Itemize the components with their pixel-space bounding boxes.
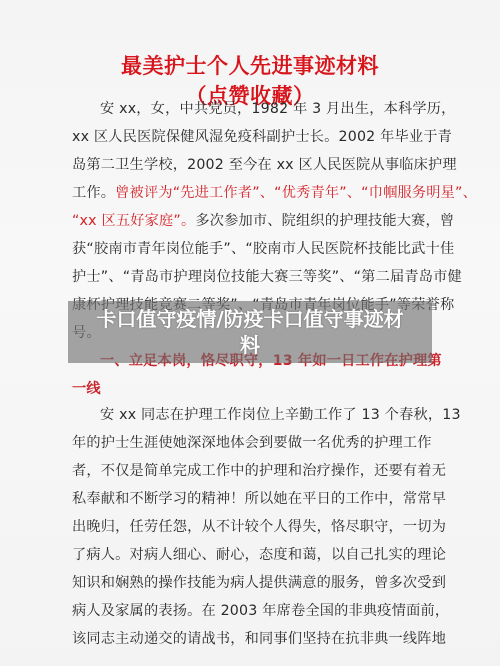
body-line: 安 xx 同志在护理工作岗位上辛勤工作了 13 个春秋，13 — [100, 405, 462, 425]
caption-text: 卡口值守疫情/防疫卡口值守事迹材 料 — [68, 306, 432, 358]
section-heading-cont: 一线 — [72, 379, 434, 399]
text-normal: 工作。 — [72, 185, 115, 201]
body-line: 私奉献和不断学习的精神！所以她在平日的工作中，常常早 — [72, 489, 434, 509]
body-line: 该同志主动递交的请战书，和同事们坚持在抗非典一线阵地 — [72, 629, 434, 649]
body-line: 年的护士生涯使她深深地体会到要做一名优秀的护理工作 — [72, 433, 434, 453]
body-line: 病人及家属的表扬。在 2003 年席卷全国的非典疫情面前， — [72, 601, 434, 621]
highlight-honors: 曾被评为“先进工作者”、“优秀青年”、“巾帼服务明星”、 — [115, 185, 477, 201]
paragraph-line: 岛第二卫生学校，2002 至今在 xx 区人民医院从事临床护理 — [72, 155, 434, 175]
paragraph-line: 安 xx，女，中共党员，1982 年 3 月出生，本科学历， — [100, 99, 462, 119]
text-normal: 多次参加市、院组织的护理技能大赛，曾 — [195, 213, 454, 229]
caption-line-2: 料 — [68, 332, 432, 358]
paragraph-line: “xx 区五好家庭”。多次参加市、院组织的护理技能大赛，曾 — [72, 211, 434, 231]
document-title: 最美护士个人先进事迹材料 — [0, 50, 500, 80]
body-line: 了病人。对病人细心、耐心，态度和蔼，以自己扎实的理论 — [72, 545, 434, 565]
paragraph-line: 获“胶南市青年岗位能手”、“胶南市人民医院杯技能比武十佳 — [72, 239, 434, 259]
body-line: 者，不仅是简单完成工作中的护理和治疗操作，还要有着无 — [72, 461, 434, 481]
paragraph-line: 护士”、“青岛市护理岗位技能大赛三等奖”、“第二届青岛市健 — [72, 267, 434, 287]
caption-line-1: 卡口值守疫情/防疫卡口值守事迹材 — [68, 306, 432, 332]
highlight-honors: “xx 区五好家庭”。 — [72, 213, 195, 229]
paragraph-line: xx 区人民医院保健风湿免疫科副护士长。2002 年毕业于青 — [72, 127, 434, 147]
paragraph-line: 工作。曾被评为“先进工作者”、“优秀青年”、“巾帼服务明星”、 — [72, 183, 434, 203]
body-line: 出晚归，任劳任怨，从不计较个人得失，恪尽职守，一切为 — [72, 517, 434, 537]
body-line: 知识和娴熟的操作技能为病人提供满意的服务，曾多次受到 — [72, 573, 434, 593]
